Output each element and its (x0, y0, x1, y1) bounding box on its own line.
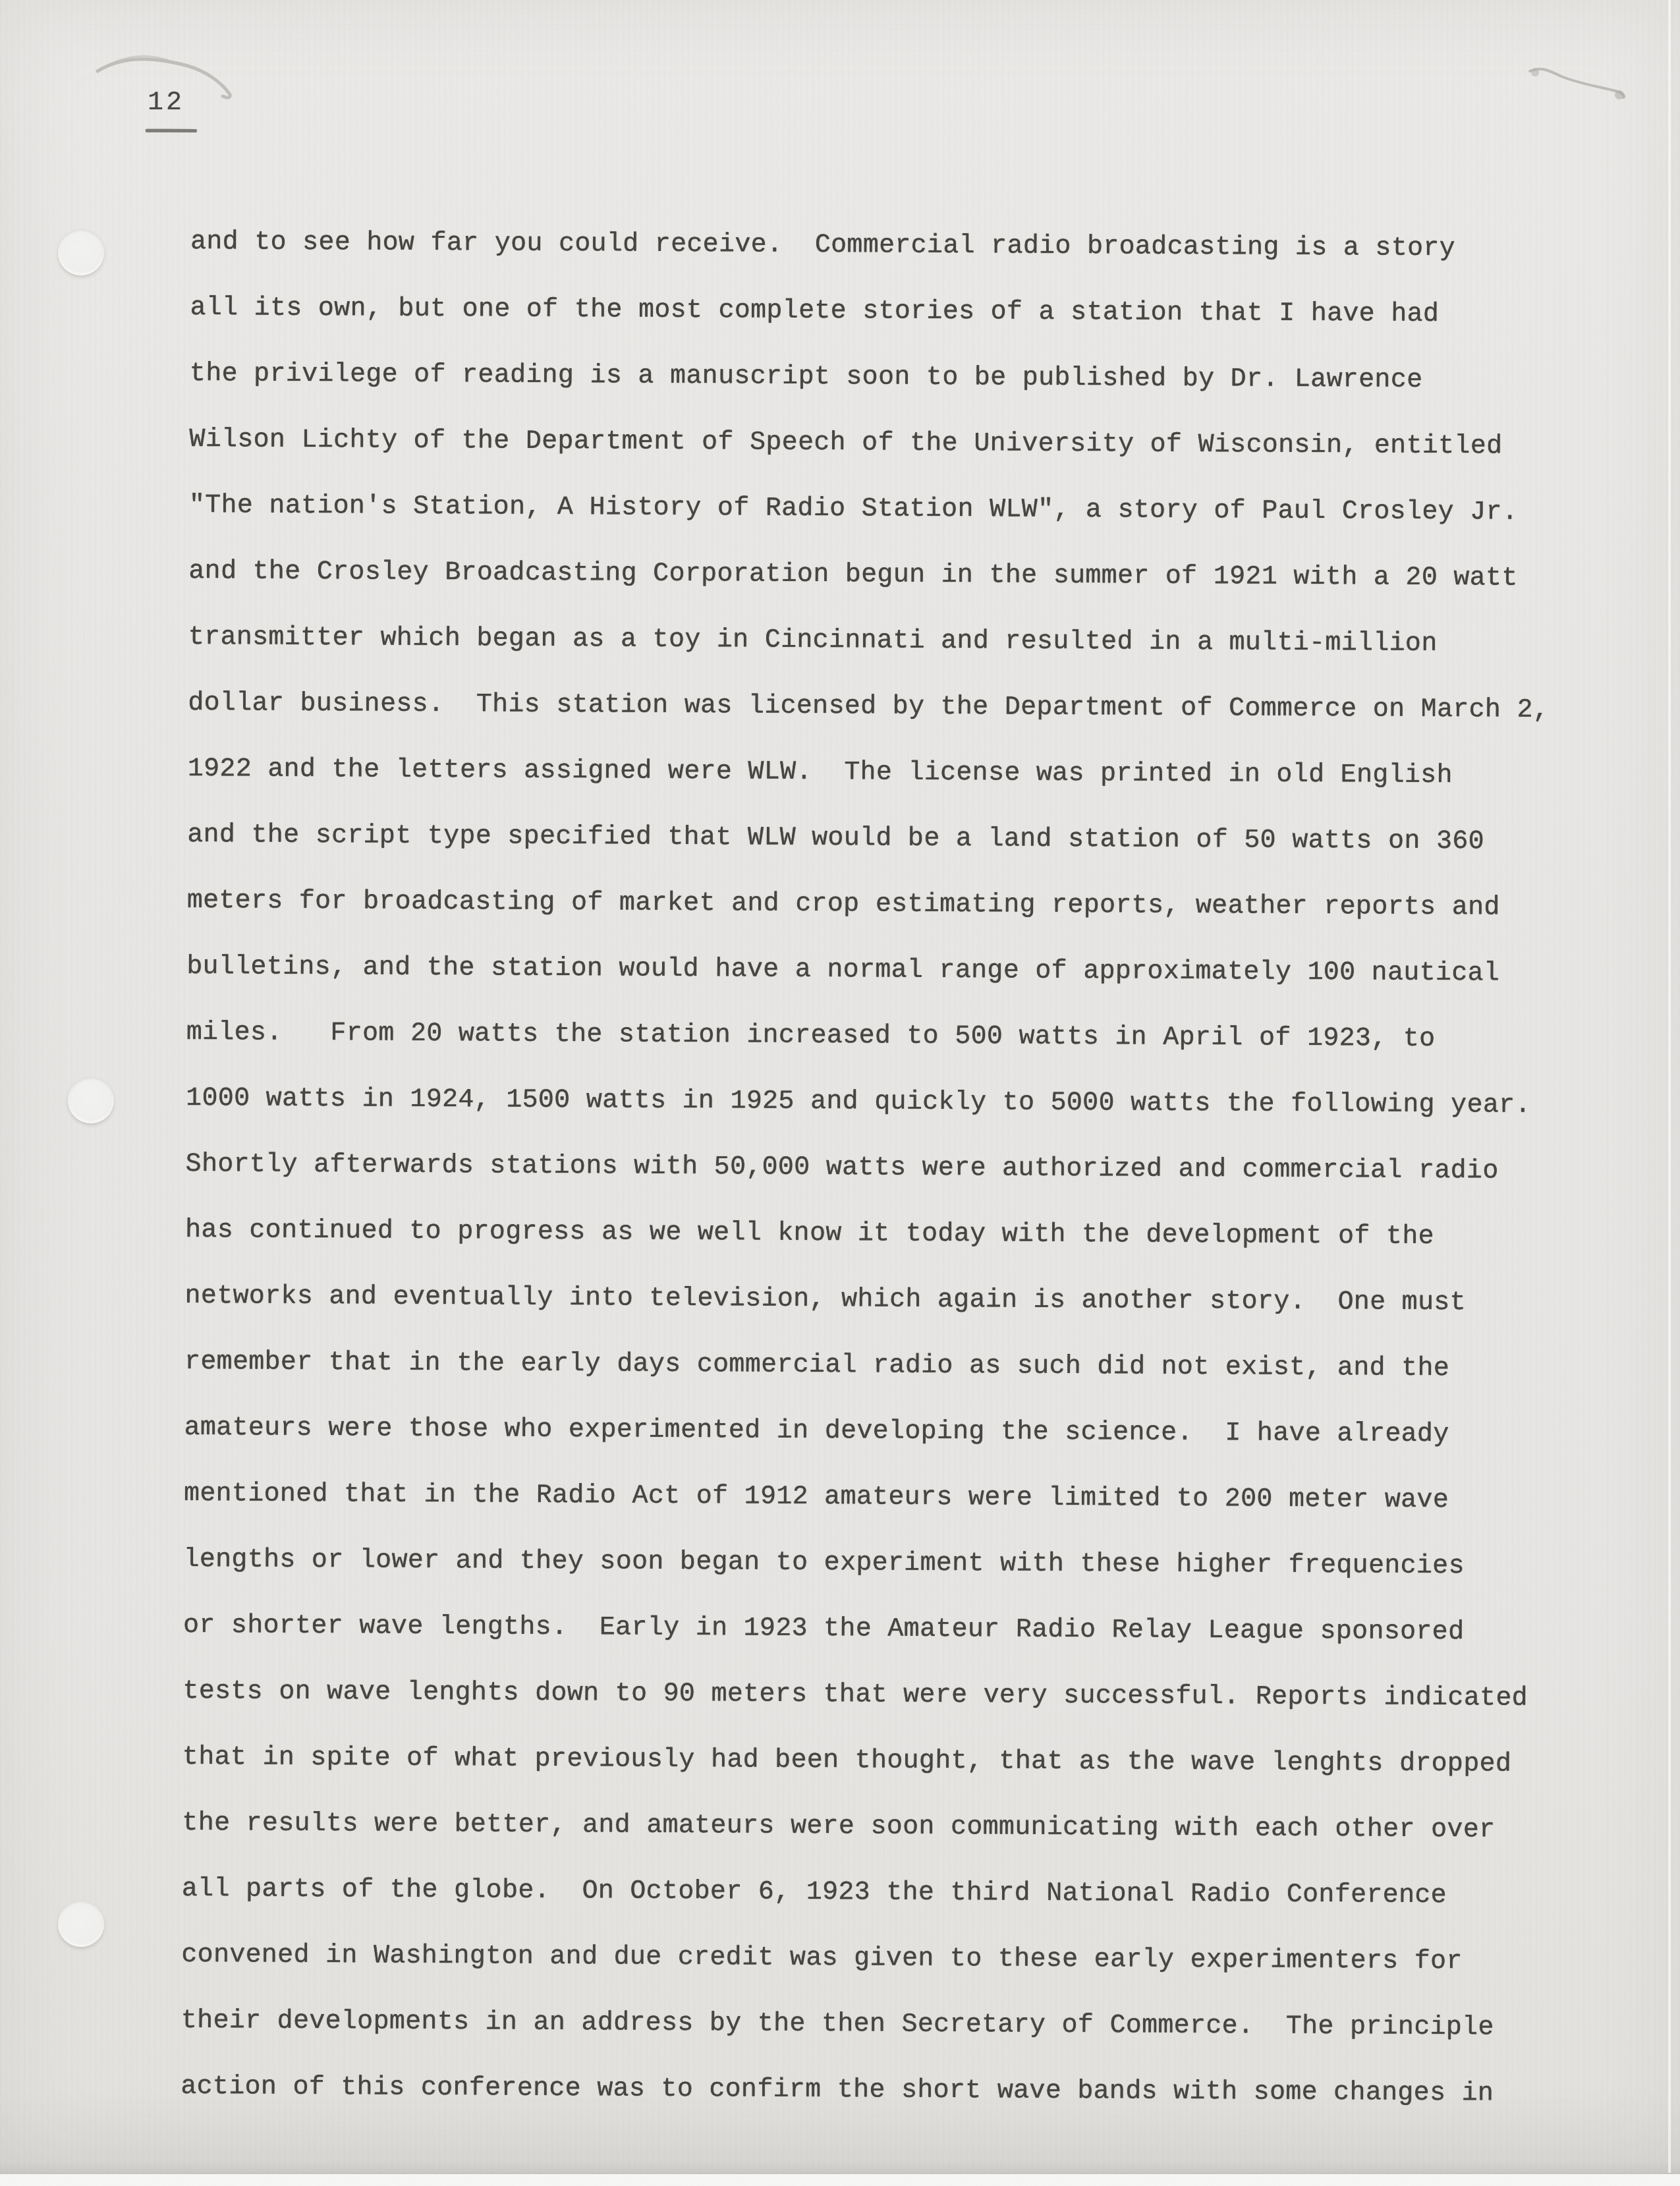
text-line: bulletins, and the station would have a … (186, 934, 1636, 1008)
text-line: lengths or lower and they soon began to … (183, 1527, 1633, 1601)
text-line: networks and eventually into television,… (184, 1264, 1634, 1337)
page-number: 12 (148, 90, 184, 117)
text-line: 1922 and the letters assigned were WLW. … (188, 737, 1637, 810)
text-line: and the Crosley Broadcasting Corporation… (188, 539, 1638, 613)
text-line: has continued to progress as we well kno… (185, 1198, 1635, 1272)
text-line: "The nation's Station, A History of Radi… (189, 473, 1638, 547)
text-line: convened in Washington and due credit wa… (181, 1922, 1631, 1996)
text-line: remember that in the early days commerci… (184, 1330, 1634, 1403)
text-line: that in spite of what previously had bee… (182, 1725, 1632, 1799)
text-line: miles. From 20 watts the station increas… (186, 1000, 1635, 1074)
scanner-background-strip (0, 2173, 1680, 2186)
text-line: and to see how far you could receive. Co… (190, 210, 1640, 283)
text-line: the privilege of reading is a manuscript… (190, 341, 1639, 415)
text-line: or shorter wave lengths. Early in 1923 t… (183, 1593, 1633, 1667)
text-line: transmitter which began as a toy in Cinc… (188, 605, 1638, 679)
text-line: tests on wave lenghts down to 90 meters … (182, 1659, 1632, 1733)
text-line: all parts of the globe. On October 6, 19… (182, 1857, 1631, 1930)
text-line: dollar business. This station was licens… (188, 671, 1637, 744)
text-line: mentioned that in the Radio Act of 1912 … (184, 1461, 1633, 1535)
text-line: Shortly afterwards stations with 50,000 … (185, 1132, 1635, 1206)
typed-content: 12 and to see how far you could receive.… (0, 0, 1680, 2182)
page-number-underline (146, 129, 197, 132)
text-line: meters for broadcasting of market and cr… (186, 868, 1636, 942)
text-line: the results were better, and amateurs we… (182, 1791, 1631, 1864)
text-line: Wilson Lichty of the Department of Speec… (189, 407, 1638, 481)
text-line: and the script type specified that WLW w… (187, 802, 1637, 876)
text-line: all its own, but one of the most complet… (190, 275, 1639, 349)
text-line: action of this conference was to confirm… (181, 2054, 1630, 2128)
text-line: their developments in an address by the … (181, 1988, 1631, 2062)
text-line: amateurs were those who experimented in … (184, 1395, 1633, 1469)
scanned-page: 12 and to see how far you could receive.… (0, 0, 1680, 2186)
text-line: 1000 watts in 1924, 1500 watts in 1925 a… (186, 1066, 1635, 1140)
typed-text-body: and to see how far you could receive. Co… (181, 210, 1640, 2127)
